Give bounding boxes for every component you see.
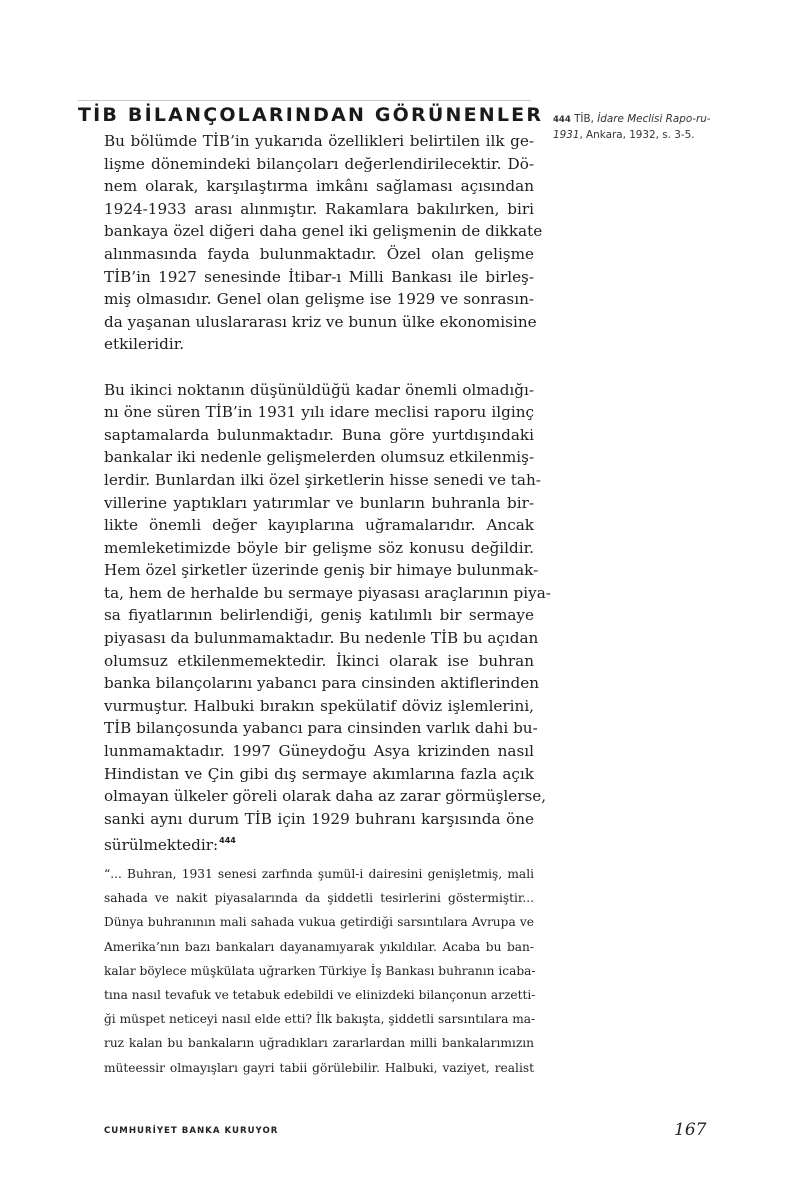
text-line: saptamalarda bulunmaktadır. Buna göre yu… [104, 424, 534, 447]
quote-line: tına nasıl tevafuk ve tetabuk edebildi v… [104, 983, 534, 1007]
text-line: sürülmektedir:444 [104, 830, 534, 857]
text-line: nem olarak, karşılaştırma imkânı sağlama… [104, 175, 534, 198]
text-line: sanki aynı durum TİB için 1929 buhranı k… [104, 808, 534, 831]
text-line: Bu bölümde TİB’in yukarıda özellikleri b… [104, 130, 534, 153]
text-line: lunmamaktadır. 1997 Güneydoğu Asya krizi… [104, 740, 534, 763]
body-text: Bu bölümde TİB’in yukarıda özellikleri b… [104, 130, 534, 857]
quote-line: sahada ve nakit piyasalarında da şiddetl… [104, 886, 534, 910]
text-line: nı öne süren TİB’in 1931 yılı idare mecl… [104, 401, 534, 424]
quote-line: Dünya buhranının mali sahada vukua getir… [104, 910, 534, 934]
sidenote-444: 444 TİB, İdare Meclisi Rapo-ru-1931, Ank… [553, 112, 713, 143]
quote-line: Amerika’nın bazı bankaları dayanamıyarak… [104, 935, 534, 959]
text-line: etkileridir. [104, 333, 534, 356]
text-line: ta, hem de herhalde bu sermaye piyasası … [104, 582, 534, 605]
block-quote: “... Buhran, 1931 senesi zarfında şumül-… [104, 862, 534, 1080]
text-line: TİB bilançosunda yabancı para cinsinden … [104, 717, 534, 740]
text-line: Hindistan ve Çin gibi dış sermaye akımla… [104, 763, 534, 786]
quote-line: ruz kalan bu bankaların uğradıkları zara… [104, 1031, 534, 1055]
text-line: vurmuştur. Halbuki bırakın spekülatif dö… [104, 695, 534, 718]
text-line: bankalar iki nedenle gelişmelerden olums… [104, 446, 534, 469]
paragraph-2: Bu ikinci noktanın düşünüldüğü kadar öne… [104, 379, 534, 857]
text-line: likte önemli değer kayıplarına uğramalar… [104, 514, 534, 537]
text-line: bankaya özel diğeri daha genel iki geliş… [104, 220, 534, 243]
text-line: lişme dönemindeki bilançoları değerlendi… [104, 153, 534, 176]
text-line: memleketimizde böyle bir gelişme söz kon… [104, 537, 534, 560]
page-number: 167 [674, 1120, 706, 1140]
text-line-content: sürülmektedir: [104, 836, 218, 854]
quote-line: müteessir olmayışları gayri tabii görüle… [104, 1056, 534, 1080]
text-line: sa fiyatlarının belirlendiği, geniş katı… [104, 604, 534, 627]
text-line: villerine yaptıkları yatırımlar ve bunla… [104, 492, 534, 515]
text-line: 1924-1933 arası alınmıştır. Rakamlara ba… [104, 198, 534, 221]
sidenote-number: 444 [553, 115, 571, 125]
sidenote-details: , Ankara, 1932, s. 3-5. [579, 129, 694, 141]
text-line: olumsuz etkilenmemektedir. İkinci olarak… [104, 650, 534, 673]
text-line: lerdir. Bunlardan ilki özel şirketlerin … [104, 469, 534, 492]
paragraph-1: Bu bölümde TİB’in yukarıda özellikleri b… [104, 130, 534, 356]
text-line: alınmasında fayda bulunmaktadır. Özel ol… [104, 243, 534, 266]
text-line: olmayan ülkeler göreli olarak daha az za… [104, 785, 534, 808]
paragraph-gap [104, 356, 534, 379]
text-line: TİB’in 1927 senesinde İtibar-ı Milli Ban… [104, 266, 534, 289]
text-line: Bu ikinci noktanın düşünüldüğü kadar öne… [104, 379, 534, 402]
text-line: Hem özel şirketler üzerinde geniş bir hi… [104, 559, 534, 582]
text-line: banka bilançolarını yabancı para cinsind… [104, 672, 534, 695]
footnote-reference[interactable]: 444 [219, 836, 236, 845]
quote-line: kalar böylece müşkülata uğrarken Türkiye… [104, 959, 534, 983]
text-line: piyasası da bulunmamaktadır. Bu nedenle … [104, 627, 534, 650]
quote-line: “... Buhran, 1931 senesi zarfında şumül-… [104, 862, 534, 886]
sidenote-author: TİB, [574, 113, 594, 125]
section-heading: TİB BİLANÇOLARINDAN GÖRÜNENLER [78, 104, 543, 126]
text-line: da yaşanan uluslararası kriz ve bunun ül… [104, 311, 534, 334]
quote-line: ği müspet neticeyi nasıl elde etti? İlk … [104, 1007, 534, 1031]
heading-rule [78, 100, 531, 101]
running-footer-title: CUMHURİYET BANKA KURUYOR [104, 1126, 278, 1136]
text-line: miş olmasıdır. Genel olan gelişme ise 19… [104, 288, 534, 311]
